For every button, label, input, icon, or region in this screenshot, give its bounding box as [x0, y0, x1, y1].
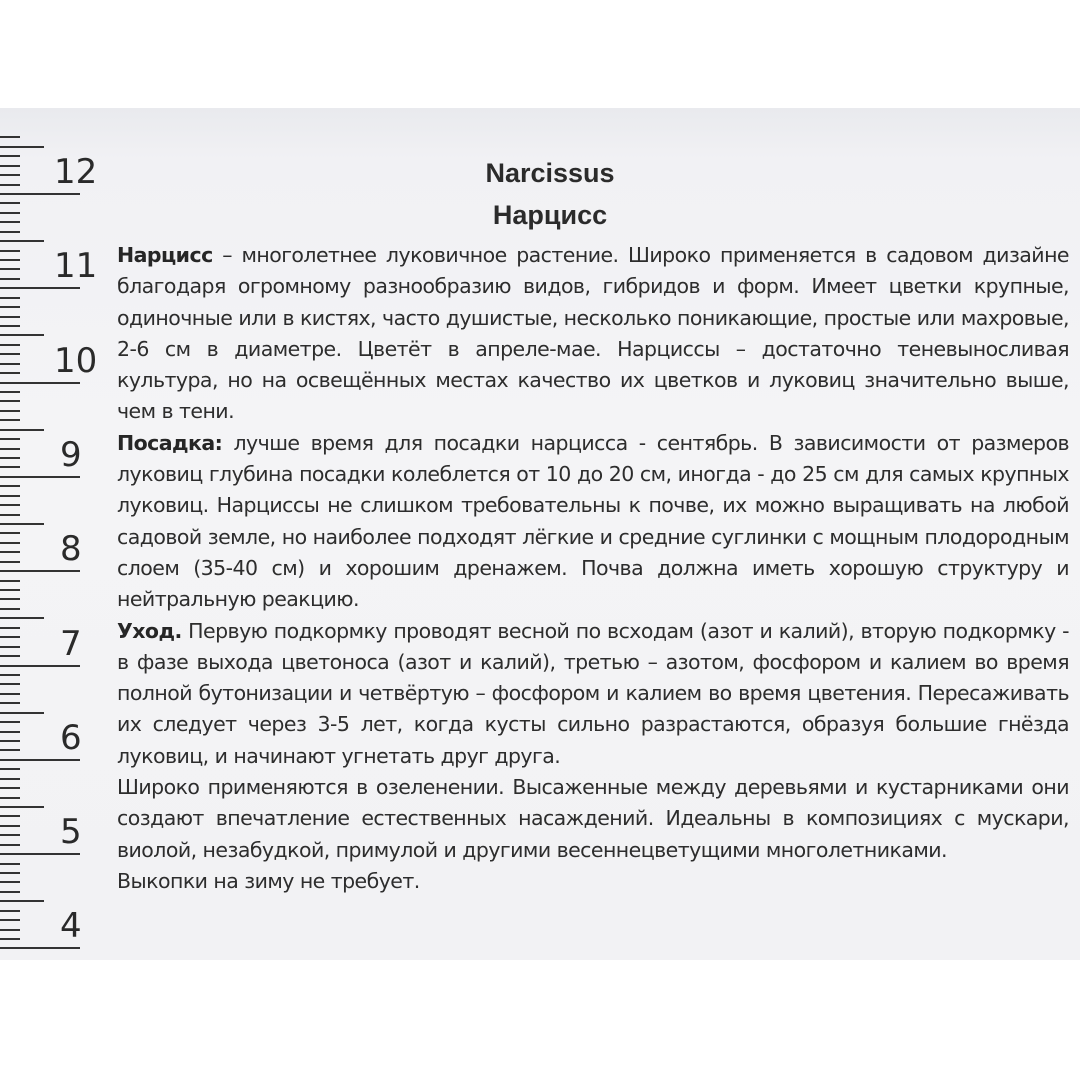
ruler-tick [0, 740, 20, 742]
ruler-tick [0, 476, 80, 478]
ruler-tick [0, 514, 20, 516]
ruler-tick [0, 797, 20, 799]
title-latin: Narcissus [0, 160, 1080, 187]
ruler-tick [0, 712, 44, 714]
ruler-tick [0, 655, 20, 657]
ruler-tick [0, 448, 20, 450]
ruler-tick [0, 259, 20, 261]
ruler-cm-label: 6 [60, 721, 82, 755]
ruler-tick [0, 155, 20, 157]
ruler-tick [0, 589, 20, 591]
ruler-tick [0, 353, 20, 355]
ruler-tick [0, 438, 20, 440]
paragraph: Уход. Первую подкормку проводят весной п… [117, 616, 1069, 772]
ruler-tick [0, 900, 44, 902]
paragraph: Выкопки на зиму не требует. [117, 866, 1069, 897]
ruler-tick [0, 598, 20, 600]
ruler-tick [0, 834, 20, 836]
ruler-tick [0, 919, 20, 921]
ruler-cm-label: 11 [54, 249, 97, 283]
paragraph-body: лучше время для посадки нарцисса - сентя… [117, 431, 1069, 611]
ruler-tick [0, 316, 20, 318]
ruler-tick [0, 136, 20, 138]
ruler-cm-label: 9 [60, 438, 82, 472]
description-text: Нарцисс – многолетнее луковичное растени… [117, 240, 1069, 897]
ruler-tick [0, 344, 20, 346]
ruler-tick [0, 466, 20, 468]
ruler-tick [0, 523, 44, 525]
ruler-tick [0, 325, 20, 327]
ruler-tick [0, 910, 20, 912]
ruler-tick [0, 457, 20, 459]
ruler-tick [0, 400, 20, 402]
ruler-tick [0, 240, 44, 242]
ruler-tick [0, 617, 44, 619]
ruler-tick [0, 947, 80, 949]
ruler-tick [0, 749, 20, 751]
ruler-tick [0, 891, 20, 893]
ruler-tick [0, 929, 20, 931]
title-latin-text: Narcissus [485, 160, 614, 187]
ruler-tick [0, 542, 20, 544]
ruler-tick [0, 306, 20, 308]
ruler-tick [0, 532, 20, 534]
ruler-tick [0, 778, 20, 780]
paragraph-heading: Уход. [117, 619, 182, 643]
ruler-cm-label: 4 [60, 909, 82, 943]
ruler-tick [0, 731, 20, 733]
paragraph-heading: Посадка: [117, 431, 222, 455]
ruler-tick [0, 665, 80, 667]
ruler-tick [0, 504, 20, 506]
ruler-tick [0, 646, 20, 648]
ruler-tick [0, 787, 20, 789]
paragraph: Нарцисс – многолетнее луковичное растени… [117, 240, 1069, 428]
ruler-tick [0, 551, 20, 553]
ruler-tick [0, 391, 20, 393]
ruler-tick [0, 608, 20, 610]
ruler-tick [0, 485, 20, 487]
ruler-tick [0, 636, 20, 638]
paragraph-heading: Нарцисс [117, 243, 213, 267]
ruler-cm-label: 8 [60, 532, 82, 566]
ruler-tick [0, 287, 80, 289]
ruler-tick [0, 410, 20, 412]
ruler-cm-label: 10 [54, 344, 97, 378]
seed-packet-paper: 121110987654 Narcissus Нарцисс Нарцисс –… [0, 108, 1080, 960]
paragraph: Посадка: лучше время для посадки нарцисс… [117, 428, 1069, 616]
ruler-tick [0, 363, 20, 365]
ruler-tick [0, 334, 44, 336]
ruler-tick [0, 815, 20, 817]
ruler-tick [0, 693, 20, 695]
title-russian-text: Нарцисс [493, 202, 607, 229]
ruler-tick [0, 268, 20, 270]
paragraph: Широко применяются в озеленении. Высажен… [117, 772, 1069, 866]
ruler-tick [0, 674, 20, 676]
ruler-tick [0, 863, 20, 865]
ruler-tick [0, 495, 20, 497]
ruler-tick [0, 881, 20, 883]
ruler-cm-label: 5 [60, 815, 82, 849]
ruler-tick [0, 872, 20, 874]
ruler-tick [0, 853, 80, 855]
ruler-tick [0, 146, 44, 148]
ruler-cm-label: 7 [60, 627, 82, 661]
ruler-tick [0, 759, 80, 761]
ruler-tick [0, 570, 80, 572]
paragraph-body: Широко применяются в озеленении. Высажен… [117, 775, 1069, 862]
title-russian: Нарцисс [0, 202, 1080, 229]
ruler-tick [0, 297, 20, 299]
ruler-tick [0, 806, 44, 808]
paragraph-body: Первую подкормку проводят весной по всхо… [117, 619, 1069, 768]
ruler-tick [0, 844, 20, 846]
ruler-tick [0, 580, 20, 582]
ruler-tick [0, 250, 20, 252]
ruler-tick [0, 627, 20, 629]
ruler-tick [0, 561, 20, 563]
ruler: 121110987654 [0, 108, 110, 960]
ruler-tick [0, 721, 20, 723]
ruler-tick [0, 382, 80, 384]
ruler-tick [0, 702, 20, 704]
ruler-tick [0, 825, 20, 827]
ruler-tick [0, 372, 20, 374]
paragraph-body: – многолетнее луковичное растение. Широк… [117, 243, 1069, 423]
ruler-tick [0, 683, 20, 685]
ruler-tick [0, 231, 20, 233]
ruler-tick [0, 193, 80, 195]
ruler-tick [0, 768, 20, 770]
ruler-tick [0, 938, 20, 940]
ruler-tick [0, 419, 20, 421]
ruler-tick [0, 429, 44, 431]
ruler-tick [0, 278, 20, 280]
paragraph-body: Выкопки на зиму не требует. [117, 869, 420, 893]
